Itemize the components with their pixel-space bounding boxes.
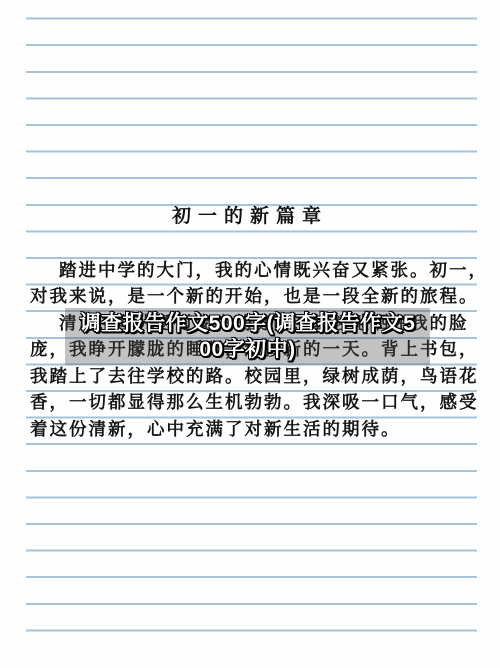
- watermark-text-line2: 00字初中): [199, 337, 295, 363]
- essay-line-5: 我踏上了去往学校的路。校园里，绿树成荫，鸟语花: [30, 363, 478, 390]
- essay-line-2: 对我来说，是一个新的开始，也是一段全新的旅程。: [30, 283, 478, 310]
- notebook-page: 初一的新篇章 踏进中学的大门，我的心情既兴奋又紧张。初一， 对我来说，是一个新的…: [0, 0, 500, 668]
- essay-line-1: 踏进中学的大门，我的心情既兴奋又紧张。初一，: [30, 257, 478, 284]
- watermark-text-line1: 调查报告作文500字(调查报告作文5: [80, 311, 416, 337]
- essay-title: 初一的新篇章: [0, 204, 500, 230]
- essay-line-6: 香，一切都显得那么生机勃勃。我深吸一口气，感受: [30, 389, 478, 416]
- watermark-overlay: 调查报告作文500字(调查报告作文5 00字初中): [65, 308, 430, 365]
- essay-line-7: 着这份清新，心中充满了对新生活的期待。: [30, 416, 478, 443]
